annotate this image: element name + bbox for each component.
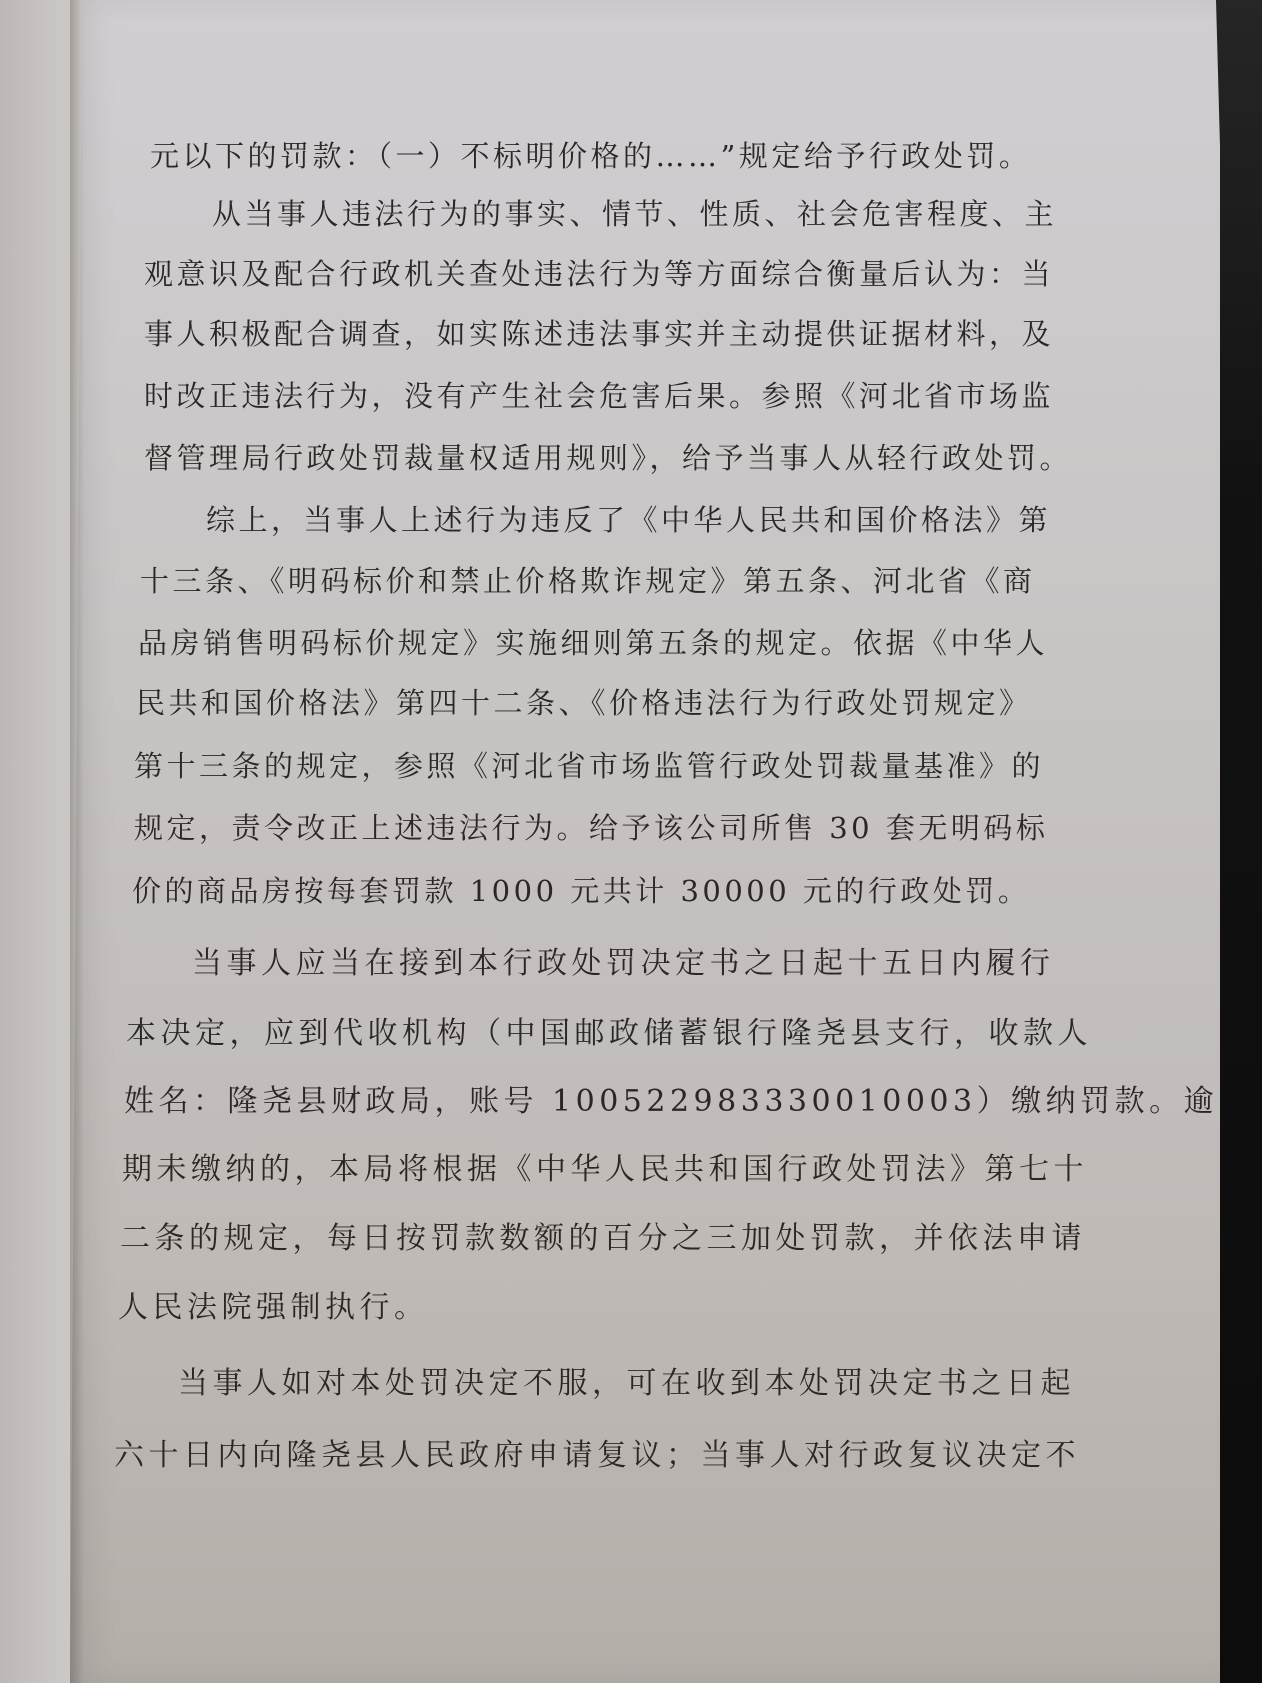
text-line: 民共和国价格法》第四十二条、《价格违法行为行政处罚规定》 <box>136 675 1032 731</box>
text-line: 二条的规定，每日按罚款数额的百分之三加处罚款，并依法申请 <box>120 1211 1086 1267</box>
text-line: 价的商品房按每套罚款 1000 元共计 30000 元的行政处罚。 <box>132 863 1030 919</box>
paragraph-start-line: 综上，当事人上述行为违反了《中华人民共和国价格法》第 <box>144 492 1051 548</box>
text-line: 十三条、《明码标价和禁止价格欺诈规定》第五条、河北省《商 <box>140 553 1036 609</box>
binding-gutter-shadow <box>70 0 84 1683</box>
text-line: 时改正违法行为，没有产生社会危害后果。参照《河北省市场监 <box>144 368 1054 424</box>
text-line: 第十三条的规定，参照《河北省市场监管行政处罚裁量基准》的 <box>134 738 1044 794</box>
text-line: 规定，责令改正上述违法行为。给予该公司所售 30 套无明码标 <box>134 800 1048 856</box>
paragraph-start-line: 当事人如对本处罚决定不服，可在收到本处罚决定书之日起 <box>116 1356 1075 1412</box>
text-line: 姓名：隆尧县财政局，账号 100522983330010003）缴纳罚款。逾 <box>124 1074 1218 1130</box>
text-line: 督管理局行政处罚裁量权适用规则》，给予当事人从轻行政处罚。 <box>144 430 1072 486</box>
text-line: 期未缴纳的，本局将根据《中华人民共和国行政处罚法》第七十 <box>122 1142 1088 1198</box>
text-line: 品房销售明码标价规定》实施细则第五条的规定。依据《中华人 <box>138 615 1048 671</box>
paragraph-start-line: 当事人应当在接到本行政处罚决定书之日起十五日内履行 <box>130 936 1055 992</box>
text-line: 六十日内向隆尧县人民政府申请复议；当事人对行政复议决定不 <box>114 1428 1080 1484</box>
text-line: 事人积极配合调查，如实陈述违法事实并主动提供证据材料，及 <box>144 306 1054 362</box>
text-line: 人民法院强制执行。 <box>118 1280 429 1336</box>
text-line: 观意识及配合行政机关查处违法行为等方面综合衡量后认为：当 <box>144 246 1054 302</box>
text-line: 本决定，应到代收机构（中国邮政储蓄银行隆尧县支行，收款人 <box>126 1006 1092 1062</box>
paragraph-start-line: 从当事人违法行为的事实、情节、性质、社会危害程度、主 <box>150 186 1057 242</box>
text-line: 元以下的罚款：（一）不标明价格的……”规定给予行政处罚。 <box>150 128 1031 184</box>
